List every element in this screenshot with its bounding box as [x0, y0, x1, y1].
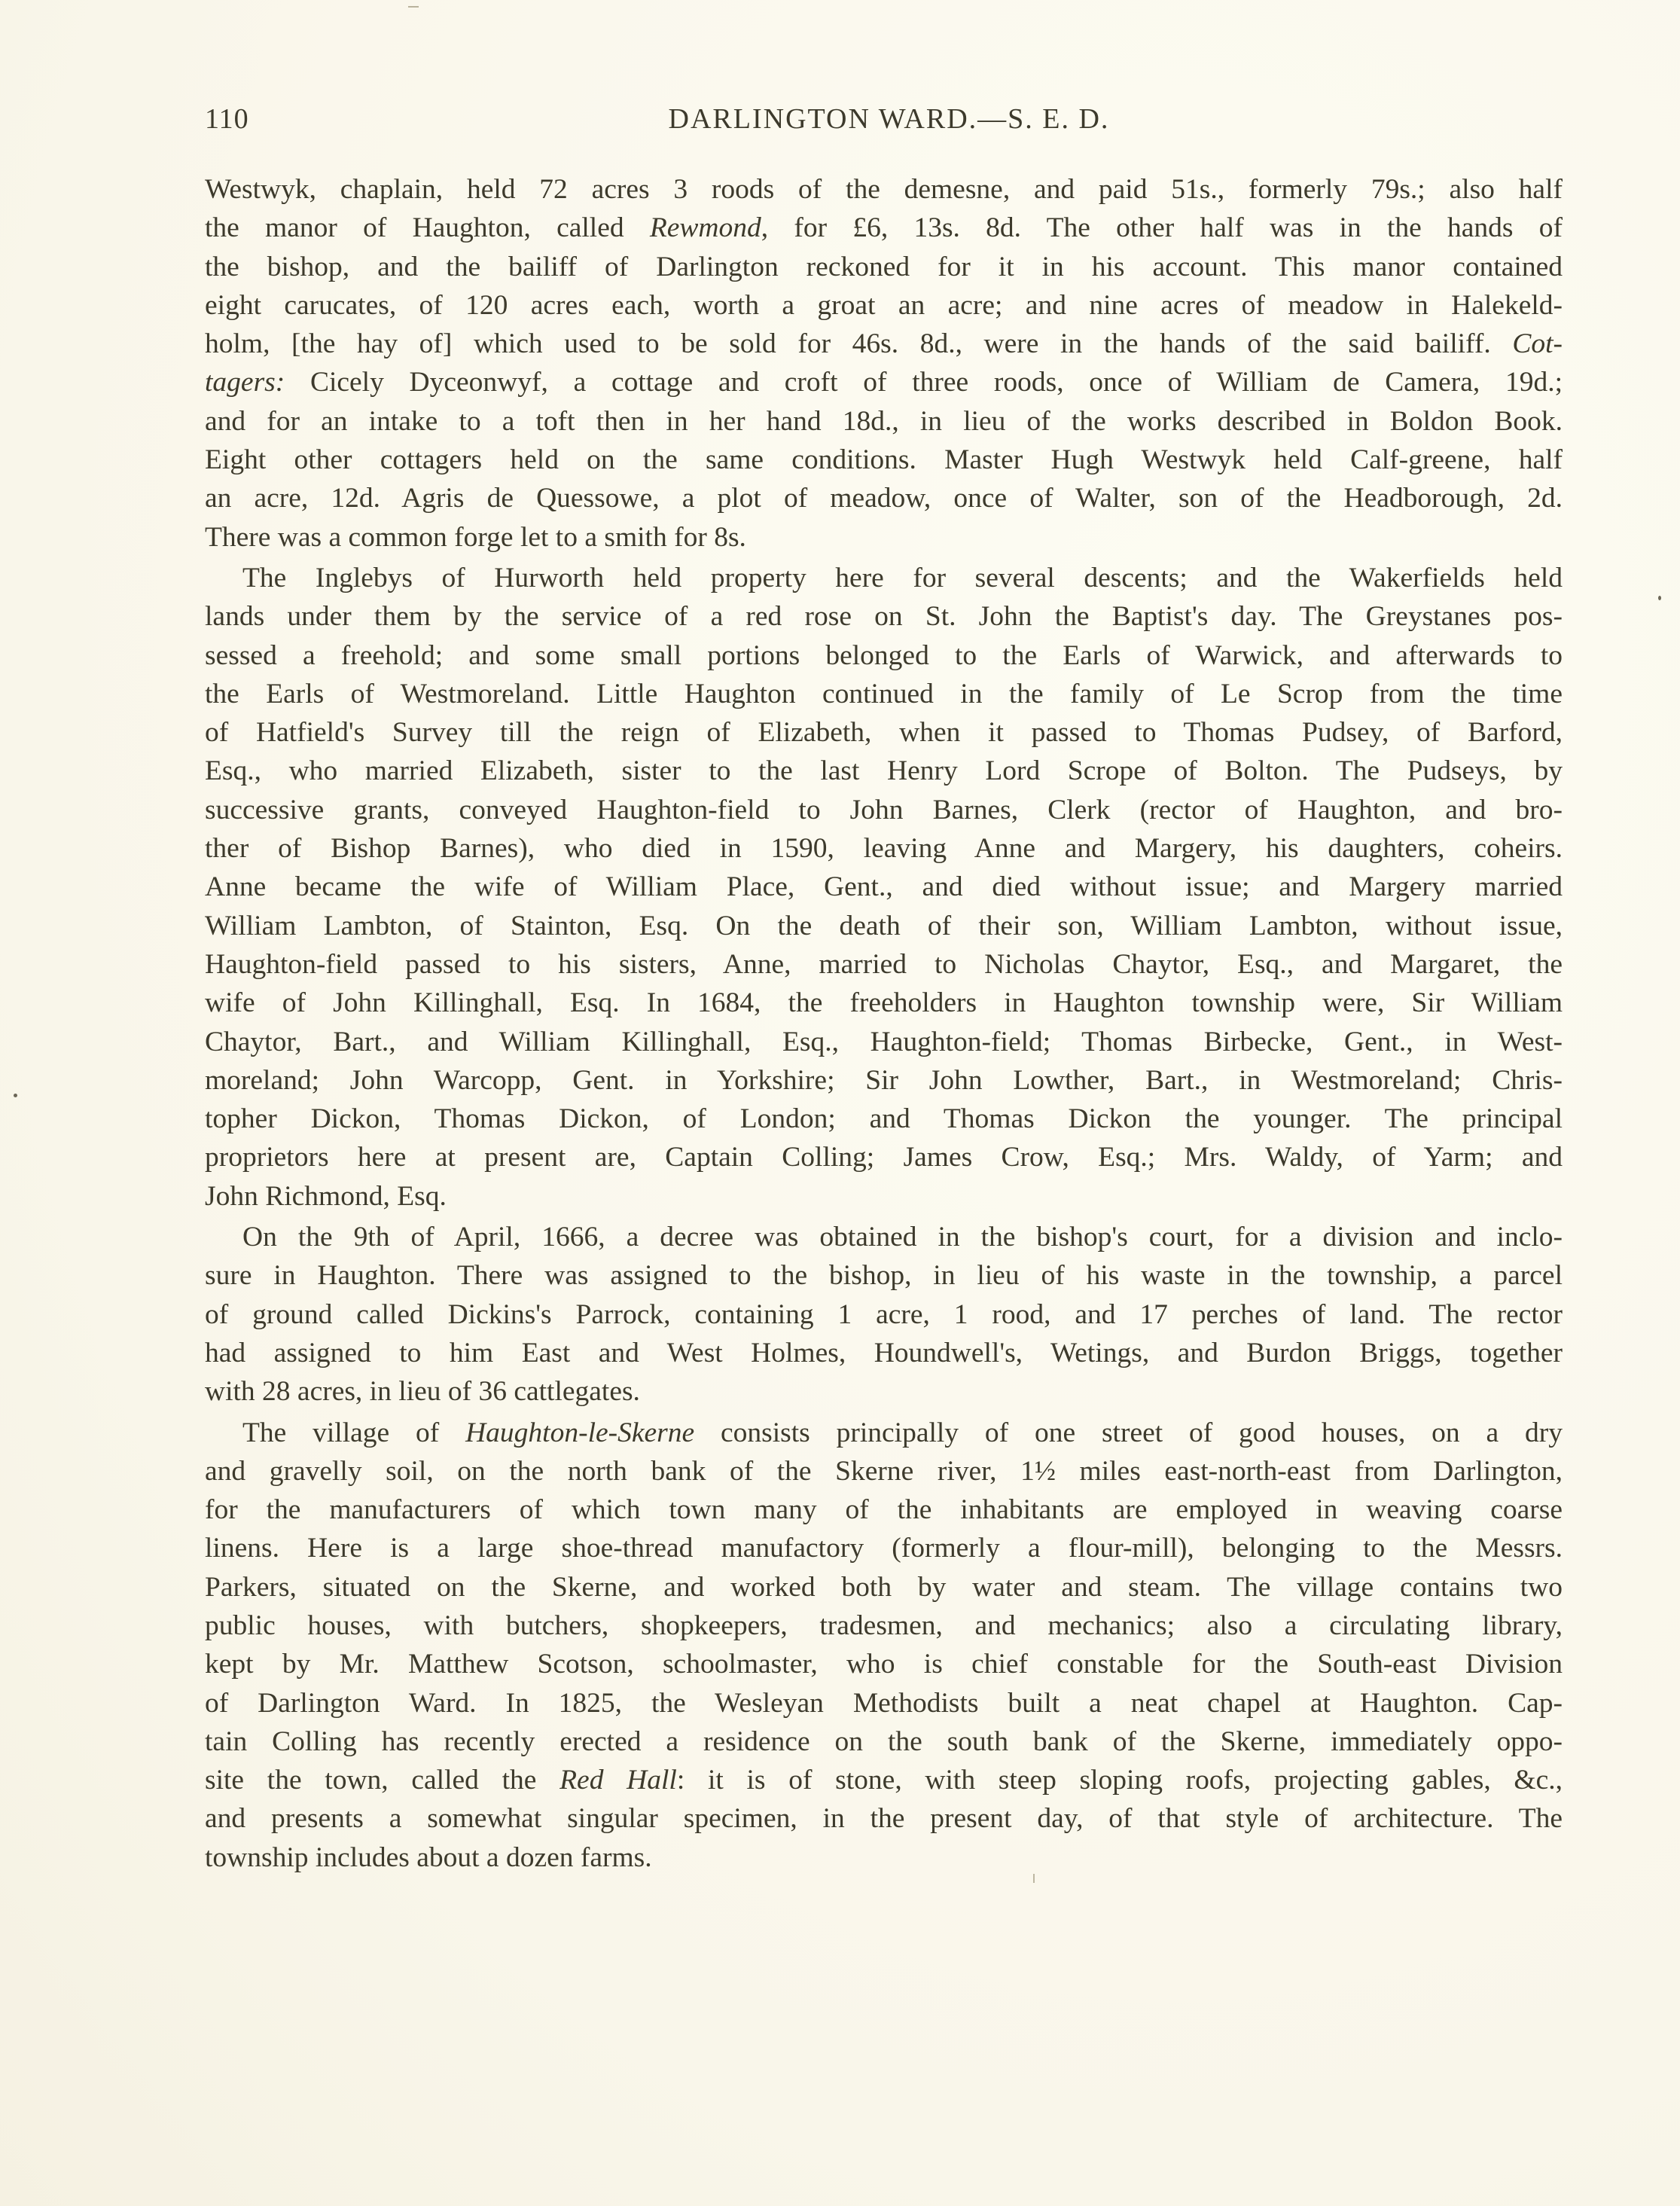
paragraph: Westwyk, chaplain, held 72 acres 3 roods… [205, 170, 1563, 557]
text-line: topher Dickon, Thomas Dickon, of London;… [205, 1100, 1563, 1138]
text-run: of ground called Dickins's Parrock, cont… [205, 1299, 1563, 1330]
text-run: Westwyk, chaplain, held 72 acres 3 roods… [205, 174, 1563, 205]
text-line: the bishop, and the bailiff of Darlingto… [205, 248, 1563, 286]
text-line: Parkers, situated on the Skerne, and wor… [205, 1568, 1563, 1606]
text-line: Haughton-field passed to his sisters, An… [205, 945, 1563, 984]
text-run: an acre, 12d. Agris de Quessowe, a plot … [205, 483, 1563, 514]
paragraph: The Inglebys of Hurworth held property h… [205, 559, 1563, 1216]
text-line: lands under them by the service of a red… [205, 597, 1563, 636]
text-run: proprietors here at present are, Captain… [205, 1142, 1563, 1173]
text-line: Westwyk, chaplain, held 72 acres 3 roods… [205, 170, 1563, 209]
text-run: of Hatfield's Survey till the reign of E… [205, 717, 1563, 748]
text-line: The village of Haughton-le-Skerne consis… [205, 1414, 1563, 1452]
text-run: topher Dickon, Thomas Dickon, of London;… [205, 1103, 1563, 1134]
text-line: tagers: Cicely Dyceonwyf, a cottage and … [205, 363, 1563, 401]
text-run: The Inglebys of Hurworth held property h… [242, 563, 1563, 593]
text-run: , for £6, 13s. 8d. The other half was in… [761, 212, 1563, 243]
text-line: the Earls of Westmoreland. Little Haught… [205, 675, 1563, 713]
text-run: had assigned to him East and West Holmes… [205, 1338, 1563, 1368]
text-run: John Richmond, Esq. [205, 1181, 447, 1212]
text-run: tain Colling has recently erected a resi… [205, 1726, 1563, 1757]
italic-text: Cot- [1512, 328, 1563, 359]
text-run: ther of Bishop Barnes), who died in 1590… [205, 833, 1563, 864]
text-run: linens. Here is a large shoe-thread manu… [205, 1533, 1563, 1564]
text-run: the bishop, and the bailiff of Darlingto… [205, 252, 1563, 282]
text-line: public houses, with butchers, shopkeeper… [205, 1606, 1563, 1645]
text-run: Haughton-field passed to his sisters, An… [205, 949, 1563, 980]
text-run: the manor of Haughton, called [205, 212, 650, 243]
text-line: Anne became the wife of William Place, G… [205, 868, 1563, 906]
text-run: The village of [242, 1417, 465, 1448]
paper-mark [1033, 1874, 1035, 1883]
text-run: sessed a freehold; and some small portio… [205, 640, 1563, 671]
text-line: and presents a somewhat singular specime… [205, 1799, 1563, 1838]
text-line: with 28 acres, in lieu of 36 cattlegates… [205, 1372, 1563, 1411]
text-line: The Inglebys of Hurworth held property h… [205, 559, 1563, 597]
text-line: successive grants, conveyed Haughton-fie… [205, 791, 1563, 829]
text-line: William Lambton, of Stainton, Esq. On th… [205, 907, 1563, 945]
text-run: Parkers, situated on the Skerne, and wor… [205, 1572, 1563, 1603]
text-line: for the manufacturers of which town many… [205, 1490, 1563, 1529]
text-line: kept by Mr. Matthew Scotson, schoolmaste… [205, 1645, 1563, 1683]
text-line: and for an intake to a toft then in her … [205, 402, 1563, 441]
text-run: Eight other cottagers held on the same c… [205, 444, 1563, 475]
text-line: township includes about a dozen farms. [205, 1838, 1563, 1877]
text-run: lands under them by the service of a red… [205, 601, 1563, 632]
text-run: and gravelly soil, on the north bank of … [205, 1456, 1563, 1487]
text-line: wife of John Killinghall, Esq. In 1684, … [205, 984, 1563, 1022]
top-page-mark [408, 6, 419, 8]
ink-speck [14, 1094, 17, 1097]
text-run: sure in Haughton. There was assigned to … [205, 1260, 1563, 1291]
text-line: and gravelly soil, on the north bank of … [205, 1452, 1563, 1490]
paragraph: The village of Haughton-le-Skerne consis… [205, 1414, 1563, 1878]
text-line: holm, [the hay of] which used to be sold… [205, 325, 1563, 363]
text-run: kept by Mr. Matthew Scotson, schoolmaste… [205, 1649, 1563, 1680]
text-line: the manor of Haughton, called Rewmond, f… [205, 209, 1563, 247]
text-line: eight carucates, of 120 acres each, wort… [205, 286, 1563, 325]
text-line: site the town, called the Red Hall: it i… [205, 1761, 1563, 1799]
text-line: tain Colling has recently erected a resi… [205, 1722, 1563, 1761]
text-line: linens. Here is a large shoe-thread manu… [205, 1529, 1563, 1567]
text-line: of ground called Dickins's Parrock, cont… [205, 1295, 1563, 1334]
text-line: moreland; John Warcopp, Gent. in Yorkshi… [205, 1061, 1563, 1100]
text-line: sure in Haughton. There was assigned to … [205, 1256, 1563, 1295]
text-run: There was a common forge let to a smith … [205, 522, 746, 553]
text-line: proprietors here at present are, Captain… [205, 1138, 1563, 1176]
text-run: and for an intake to a toft then in her … [205, 406, 1563, 437]
text-line: ther of Bishop Barnes), who died in 1590… [205, 829, 1563, 868]
text-run: successive grants, conveyed Haughton-fie… [205, 795, 1563, 825]
text-run: eight carucates, of 120 acres each, wort… [205, 290, 1563, 321]
paragraph: On the 9th of April, 1666, a decree was … [205, 1218, 1563, 1411]
text-line: had assigned to him East and West Holmes… [205, 1334, 1563, 1372]
text-line: Esq., who married Elizabeth, sister to t… [205, 752, 1563, 790]
text-run: On the 9th of April, 1666, a decree was … [242, 1222, 1563, 1253]
text-run: holm, [the hay of] which used to be sold… [205, 328, 1512, 359]
italic-text: tagers: [205, 367, 285, 398]
text-run: William Lambton, of Stainton, Esq. On th… [205, 911, 1563, 941]
text-run: Anne became the wife of William Place, G… [205, 871, 1563, 902]
text-run: and presents a somewhat singular specime… [205, 1803, 1563, 1834]
italic-text: Rewmond [650, 212, 761, 243]
italic-text: Red Hall [559, 1765, 677, 1796]
text-line: an acre, 12d. Agris de Quessowe, a plot … [205, 479, 1563, 517]
italic-text: Haughton-le-Skerne [465, 1417, 694, 1448]
text-line: Chaytor, Bart., and William Killinghall,… [205, 1023, 1563, 1061]
text-run: for the manufacturers of which town many… [205, 1494, 1563, 1525]
text-run: public houses, with butchers, shopkeeper… [205, 1610, 1563, 1641]
ink-speck [1658, 596, 1661, 600]
text-run: with 28 acres, in lieu of 36 cattlegates… [205, 1376, 640, 1407]
text-run: of Darlington Ward. In 1825, the Wesleya… [205, 1688, 1563, 1719]
running-header: 110 DARLINGTON WARD.—S. E. D. [205, 96, 1563, 149]
text-run: township includes about a dozen farms. [205, 1842, 652, 1873]
text-run: Chaytor, Bart., and William Killinghall,… [205, 1027, 1563, 1057]
text-run: : it is of stone, with steep sloping roo… [677, 1765, 1563, 1796]
text-line: On the 9th of April, 1666, a decree was … [205, 1218, 1563, 1256]
running-title: DARLINGTON WARD.—S. E. D. [205, 102, 1563, 136]
text-run: Cicely Dyceonwyf, a cottage and croft of… [285, 367, 1563, 398]
text-run: consists principally of one street of go… [694, 1417, 1563, 1448]
body-text: Westwyk, chaplain, held 72 acres 3 roods… [205, 170, 1563, 1877]
text-line: of Darlington Ward. In 1825, the Wesleya… [205, 1684, 1563, 1722]
text-run: the Earls of Westmoreland. Little Haught… [205, 679, 1563, 709]
text-run: moreland; John Warcopp, Gent. in Yorkshi… [205, 1065, 1563, 1096]
text-line: sessed a freehold; and some small portio… [205, 636, 1563, 675]
text-line: John Richmond, Esq. [205, 1177, 1563, 1216]
book-page: 110 DARLINGTON WARD.—S. E. D. Westwyk, c… [205, 96, 1563, 1879]
text-line: There was a common forge let to a smith … [205, 518, 1563, 557]
text-run: wife of John Killinghall, Esq. In 1684, … [205, 987, 1563, 1018]
text-run: Esq., who married Elizabeth, sister to t… [205, 755, 1563, 786]
text-run: site the town, called the [205, 1765, 559, 1796]
text-line: Eight other cottagers held on the same c… [205, 441, 1563, 479]
text-line: of Hatfield's Survey till the reign of E… [205, 713, 1563, 752]
